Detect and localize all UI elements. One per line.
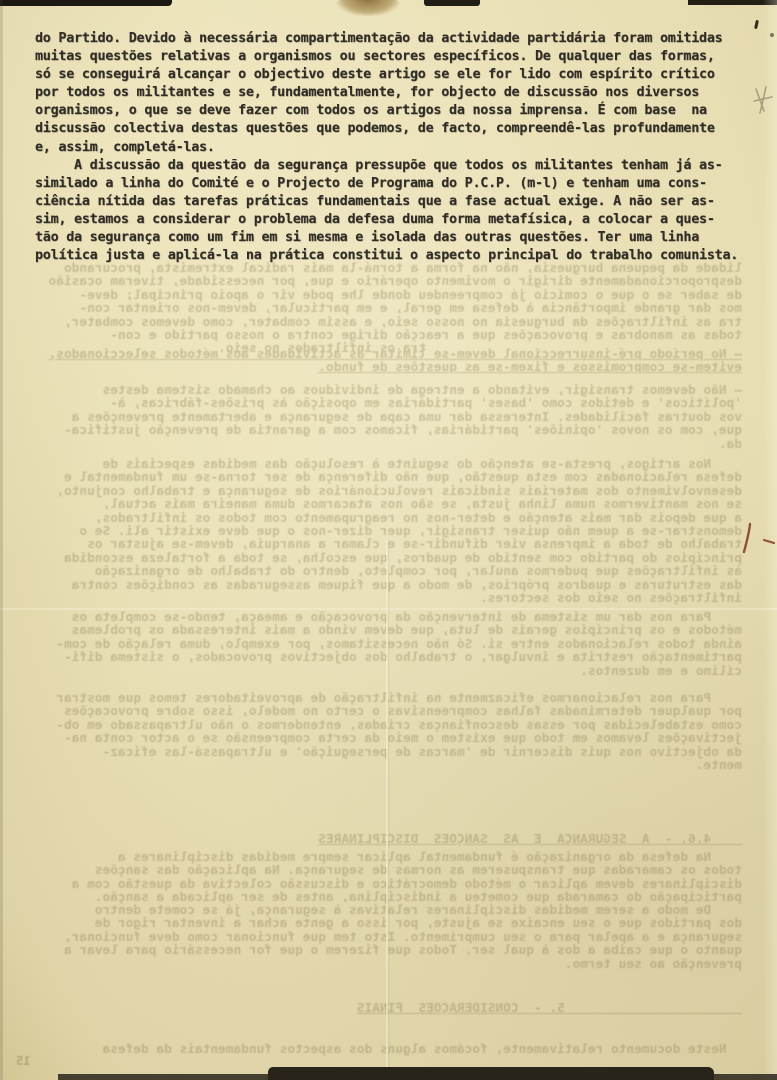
bleedthrough-line: tra as infiltrações da burguesia no noss… (28, 316, 742, 329)
document-page: lidade da pequena burguesia, não na form… (0, 0, 777, 1080)
bleedthrough-line: — Não devemos transigir, evitando a entr… (28, 384, 742, 397)
typed-line: muitas questões relativas a organismos o… (35, 48, 750, 66)
bleedthrough-line: todos os camaradas que transpuserem as n… (28, 864, 742, 877)
typed-line: A discussão da questão da segurança pres… (35, 157, 750, 175)
typed-line: por todos os militantes e se, fundamenta… (35, 84, 750, 102)
pencil-scribble (750, 85, 777, 117)
bleedthrough-paragraph: lidade da pequena burguesia, não na form… (28, 262, 742, 356)
bleedthrough-line: se nos mantivermos numa linha justa, se … (28, 498, 742, 511)
bleedthrough-line: vos doutras facilidades. Interessa dar u… (28, 411, 742, 424)
typed-line: política justa e aplicá-la na prática co… (35, 247, 750, 265)
typed-line: similado a linha do Comité e o Projecto … (35, 175, 750, 193)
bleedthrough-line: — No período pré-insurreccional devem-se… (28, 348, 742, 361)
bleedthrough-line: mos dar grande importância à defesa em g… (28, 302, 742, 315)
bleedthrough-line: De modo a serem medidas disciplinares re… (28, 904, 742, 917)
bleedthrough-line: participação do camarada que cometeu a i… (28, 891, 742, 904)
bleedthrough-line: dos partidos que o seu encaixe se ajuste… (28, 917, 742, 930)
bleedthrough-line: todas as manobras e provocações que a re… (28, 329, 742, 342)
typed-line: organismos, o que se deve fazer com todo… (35, 102, 750, 120)
bleedthrough-line: cílimo e em duzentos. (28, 665, 742, 678)
typed-line: e, assim, completá-las. (35, 139, 750, 157)
bleedthrough-line: princípios do partido com sentido de qua… (28, 552, 742, 565)
scan-edge-bottom-shadow (268, 1067, 714, 1080)
scan-edge-top-left (0, 0, 172, 6)
typed-line: só se conseguirá alcançar o objectivo de… (35, 66, 750, 84)
bleedthrough-line: 5. - CONSIDERAÇÕES FINAIS (28, 1002, 742, 1015)
bleedthrough-line: desenvolvimento dos materiais sindicais … (28, 485, 742, 498)
bleedthrough-line: segurança e a apelar para o seu cumprime… (28, 931, 742, 944)
bleedthrough-line: defesa relacionadas com esta questão, qu… (28, 471, 742, 484)
bleedthrough-line: da objectivo nos quis discernir de 'marc… (28, 746, 742, 759)
bleedthrough-line: Para nos dar um sistema de intervenção d… (28, 611, 742, 624)
bleedthrough-line: Na defesa da organização é fundamental a… (28, 851, 742, 864)
bleedthrough-item: — Não devemos transigir, evitando a entr… (28, 384, 742, 451)
typed-line: discussão colectiva destas questões que … (35, 120, 750, 138)
bleedthrough-paragraph: Neste documento relativamente, focámos a… (28, 1043, 742, 1056)
red-ink-mark (738, 518, 777, 560)
bleedthrough-line: a que depois dar mais atenção e deter-no… (28, 512, 742, 525)
fold-crease-horizontal (0, 608, 777, 610)
typed-line: sim, estamos a considerar o problema da … (35, 211, 750, 229)
bleedthrough-paragraph: Nos artigos, presta-se atenção do seguin… (28, 458, 742, 605)
bleedthrough-line: trabalho de toda a imprensa vier difundi… (28, 538, 742, 551)
bleedthrough-line: disciplinares devem aplicar o método dem… (28, 878, 742, 891)
bleedthrough-line: Para nos relacionarmos eficazmente na in… (28, 692, 742, 705)
bleedthrough-line: que, com os novos 'opiniões' partidárias… (28, 424, 742, 437)
bleedthrough-line: jectivações levamos em todo que existem … (28, 732, 742, 745)
reverse-heading-security-sanctions: 4.6. - A SEGURANÇA E AS SANÇÕES DISCIPLI… (28, 833, 742, 846)
bleedthrough-line: evitem-se compromissos e fixem-se as que… (28, 361, 742, 374)
bleedthrough-line: 4.6. - A SEGURANÇA E AS SANÇÕES DISCIPLI… (28, 833, 742, 846)
bleedthrough-paragraph: Na defesa da organização é fundamental a… (28, 851, 742, 905)
bleedthrough-line: desproporcionadamente dirigir o moviment… (28, 275, 742, 288)
scan-edge-top-middle (424, 0, 480, 6)
reverse-heading-final-considerations: 5. - CONSIDERAÇÕES FINAIS (28, 1002, 742, 1015)
bleedthrough-line: por qualquer determinadas falhas compree… (28, 705, 742, 718)
bleedthrough-line: prevenção ao seu termo. (28, 958, 742, 971)
bleedthrough-paragraph: Para nos relacionarmos eficazmente na in… (28, 692, 742, 772)
bleedthrough-line: Neste documento relativamente, focámos a… (28, 1043, 742, 1056)
bleedthrough-line: mente. (28, 759, 742, 772)
bleedthrough-line: métodos e os princípios gerais de luta, … (28, 624, 742, 637)
bleedthrough-paragraph: De modo a serem medidas disciplinares re… (28, 904, 742, 971)
bleedthrough-line: às infiltrações que pudermos anular, por… (28, 565, 742, 578)
bleedthrough-line: infiltrações no seio dos sectores. (28, 592, 742, 605)
bleedthrough-paragraph: Para nos dar um sistema de intervenção d… (28, 611, 742, 678)
typed-line: do Partido. Devido à necessária comparti… (35, 30, 750, 48)
page-number-reverse: 15 (16, 1054, 30, 1068)
typed-line: ciência nítida das tarefas práticas fund… (35, 193, 750, 211)
bleedthrough-line: ainda todos relacionados entre si. Só nã… (28, 638, 742, 651)
bleedthrough-line: como estabelecidas por essas desconfianç… (28, 719, 742, 732)
bleedthrough-line: 'políticos' e detidos como 'bases' parti… (28, 397, 742, 410)
bleedthrough-line: de saber se o que o comício já compreend… (28, 289, 742, 302)
scan-edge-left (0, 0, 3, 1080)
bleedthrough-item: — No período pré-insurreccional devem-se… (28, 348, 742, 375)
bleedthrough-line: Nos artigos, presta-se atenção do seguin… (28, 458, 742, 471)
bleedthrough-line: das estruturas e quadros próprios, de mo… (28, 579, 742, 592)
fold-crease-vertical (386, 540, 388, 1080)
bleedthrough-line: quanto o que caiba a dos à qual ser. Tod… (28, 944, 742, 957)
bleedthrough-line: partimentação restrita e invulgar, o tra… (28, 651, 742, 664)
bleedthrough-line: demonstrar-se a quem não quiser transigi… (28, 525, 742, 538)
typed-text: do Partido. Devido à necessária comparti… (35, 30, 750, 265)
typed-line: tão da segurança como um fim em si mesma… (35, 229, 750, 247)
bleedthrough-line: da. (28, 438, 742, 451)
